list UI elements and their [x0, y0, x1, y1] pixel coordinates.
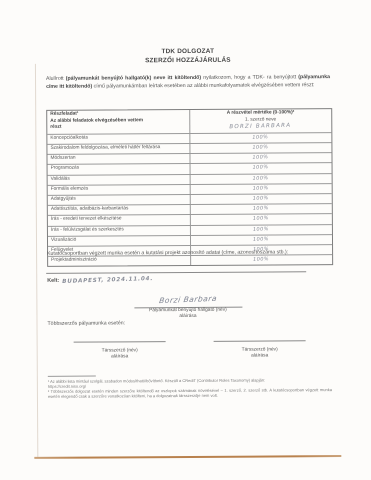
task-label: Írás - eredeti tervezet elkészítése [48, 215, 191, 225]
header-task-sub1: Az alábbi feladatok elvégzésében vettem [50, 118, 143, 124]
coauthor-block-2: Társszerző (név) aláírása [214, 340, 306, 360]
coauthor-block-1: Társszerző (név) aláírása [74, 341, 166, 361]
research-id-blank-line [46, 271, 306, 274]
table-header-row: Részfeladat¹ Az alábbi feladatok elvégzé… [47, 109, 331, 134]
handwritten-value: 100% [253, 185, 269, 192]
scanned-document-page: TDK DOLGOZAT SZERZŐI HOZZÁJÁRULÁS Alulír… [0, 0, 371, 480]
date-row: Kelt:BUDAPEST, 2024.11.04. [47, 276, 331, 284]
handwritten-value: 100% [253, 134, 269, 141]
handwritten-author-name: BORZI BARBARA [230, 123, 292, 131]
intro-seg5: című pályamunkámban leírtak esetében az … [92, 82, 314, 89]
footnotes: ¹ Az alábbi lista mintául szolgál, szaba… [48, 374, 332, 398]
handwritten-value: 100% [253, 195, 269, 202]
handwritten-value: 100% [253, 236, 269, 243]
task-label: Koncepcióalkotás [47, 134, 190, 144]
handwritten-value: 100% [253, 226, 269, 233]
table-row: Szakirodalom feldolgozása, elméleti hátt… [47, 142, 331, 154]
table-row: Validálás100% [48, 173, 332, 185]
page-bottom-edge-line [34, 455, 341, 459]
table-row: Adattisztítás, adatbázis-karbantartás100… [48, 203, 332, 215]
table-row: Írás - felülvizsgálat és szerkesztés100% [48, 224, 332, 236]
handwritten-value: 100% [253, 154, 269, 161]
task-label: Vizualizáció [48, 236, 191, 246]
signature-line: Borzi Barbara [134, 289, 242, 309]
header-share-title: A részvétel mértéke (0-100%)² [227, 110, 295, 115]
task-label: Formális elemzés [48, 185, 191, 195]
intro-seg3: nyilatkozom, hogy a TDK- ra benyújtott [201, 74, 298, 81]
task-label: Validálás [48, 175, 191, 185]
intro-paragraph: Alulírott (pályamunkát benyújtó hallgató… [46, 74, 330, 91]
task-label: Szakirodalom feldolgozása, elméleti hátt… [47, 144, 190, 154]
header-task-cell: Részfeladat¹ Az alábbi feladatok elvégzé… [47, 110, 190, 134]
handwritten-value: 100% [253, 175, 269, 182]
table-row: Programozás100% [48, 162, 332, 174]
header-task-title: Részfeladat¹ [50, 112, 78, 117]
handwritten-value: 100% [253, 256, 269, 263]
handwritten-value: 100% [253, 216, 269, 223]
page-left-edge-line [35, 64, 38, 457]
header-task-sub2: részt [50, 125, 61, 130]
handwritten-signature: Borzi Barbara [158, 294, 217, 305]
footnote-2: ² Többszerzős dolgozat esetén minden sze… [48, 387, 332, 399]
date-label: Kelt: [47, 278, 59, 284]
coauthor2-label-sign: aláírása [214, 354, 306, 361]
task-label: Adatgyűjtés [48, 195, 191, 205]
coauthor-signatures: Társszerző (név) aláírása Társszerző (né… [48, 340, 332, 362]
task-label: Adattisztítás, adatbázis-karbantartás [48, 205, 191, 215]
table-row: Formális elemzés100% [48, 183, 332, 195]
table-row: Írás - eredeti tervezet elkészítése100% [48, 214, 332, 226]
main-signature-block: Borzi Barbara Pályamunkát benyújtó hallg… [120, 289, 255, 322]
footnote-separator [48, 376, 96, 377]
document-title: TDK DOLGOZAT SZERZŐI HOZZÁJÁRULÁS [46, 46, 330, 66]
intro-seg1: Alulírott [46, 76, 66, 82]
table-row: Adatgyűjtés100% [48, 193, 332, 205]
task-label: Írás - felülvizsgálat és szerkesztés [48, 226, 191, 236]
task-label: Programozás [48, 164, 191, 174]
table-row: Koncepcióalkotás100% [47, 132, 331, 144]
title-line-2: SZERZŐI HOZZÁJÁRULÁS [46, 55, 330, 66]
handwritten-value: 100% [253, 165, 269, 172]
contribution-table: Részfeladat¹ Az alábbi feladatok elvégzé… [46, 108, 333, 267]
multi-author-note: Többszerzős pályamunka esetén: [47, 319, 331, 327]
handwritten-value: 100% [253, 205, 269, 212]
header-share-cell: A részvétel mértéke (0-100%)² 1. szerző … [190, 109, 332, 133]
intro-seg2-bold: (pályamunkát benyújtó hallgató(k) neve i… [66, 75, 201, 82]
header-author-label: 1. szerző neve [245, 117, 276, 122]
task-label: Projektadminisztráció [48, 256, 191, 266]
handwritten-value: 100% [253, 144, 269, 151]
table-row: Módszertan100% [47, 152, 331, 164]
table-row: Vizualizáció100% [48, 234, 332, 246]
task-label: Módszertan [47, 154, 190, 164]
coauthor1-label-sign: aláírása [74, 355, 166, 362]
handwritten-date: BUDAPEST, 2024.11.04. [62, 276, 153, 285]
